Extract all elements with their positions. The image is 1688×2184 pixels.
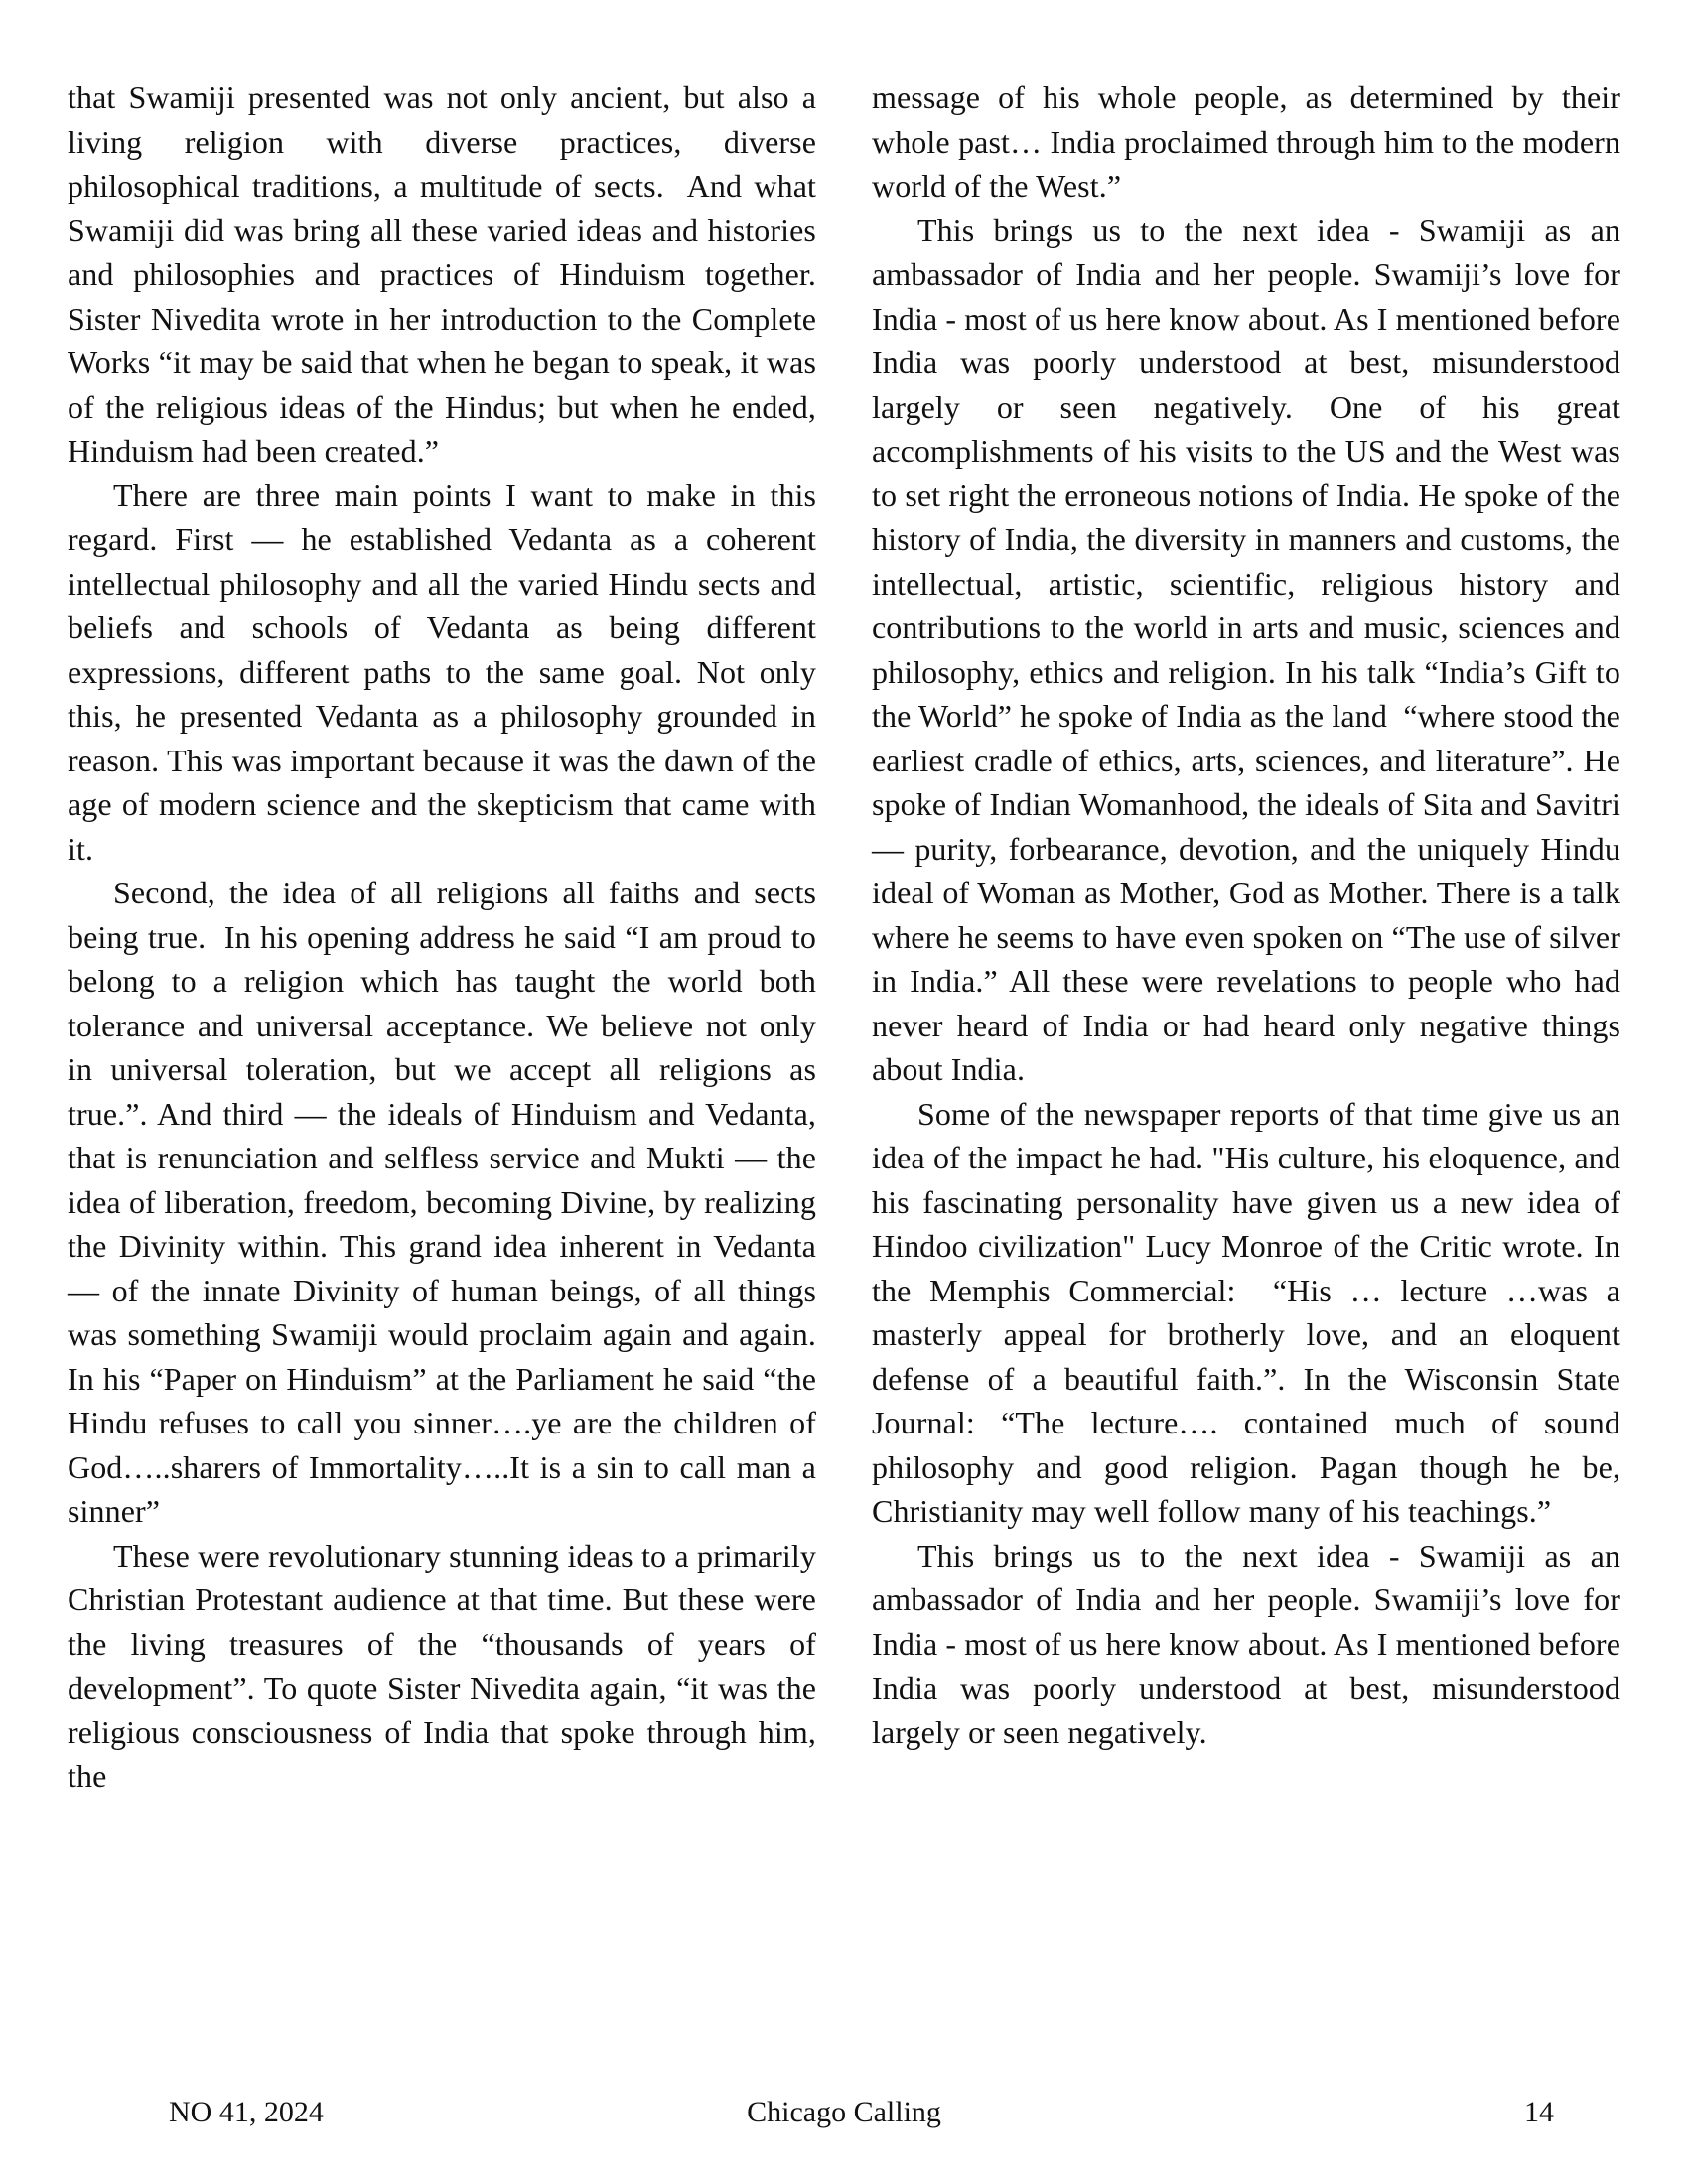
left-column: that Swamiji presented was not only anci… (68, 75, 816, 1799)
right-column: message of his whole people, as determin… (872, 75, 1620, 1799)
paragraph: This brings us to the next idea - Swamij… (872, 1534, 1620, 1755)
paragraph: There are three main points I want to ma… (68, 474, 816, 872)
text-columns: that Swamiji presented was not only anci… (68, 75, 1620, 1799)
paragraph: Some of the newspaper reports of that ti… (872, 1092, 1620, 1534)
paragraph: message of his whole people, as determin… (872, 75, 1620, 208)
document-page: that Swamiji presented was not only anci… (0, 0, 1688, 2184)
paragraph: that Swamiji presented was not only anci… (68, 75, 816, 474)
page-footer: Chicago Calling NO 41, 2024 14 (0, 2091, 1688, 2134)
paragraph: This brings us to the next idea - Swamij… (872, 208, 1620, 1092)
footer-issue: NO 41, 2024 (169, 2091, 324, 2134)
footer-page-number: 14 (1524, 2091, 1554, 2134)
paragraph: Second, the idea of all religions all fa… (68, 871, 816, 1534)
paragraph: These were revolutionary stunning ideas … (68, 1534, 816, 1799)
